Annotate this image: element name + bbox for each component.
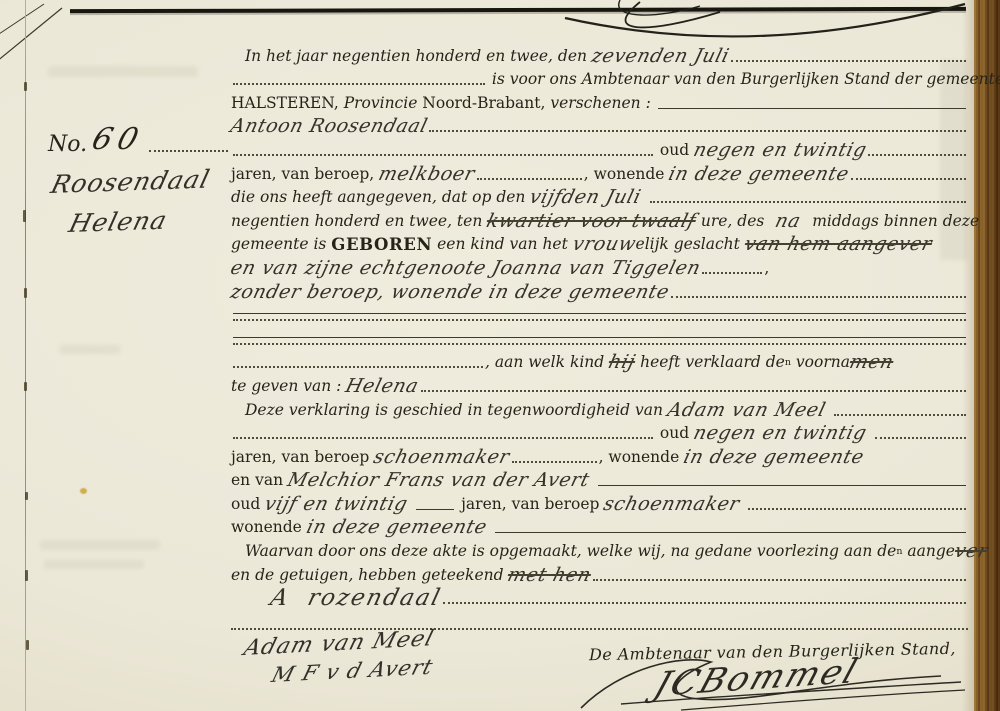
dotted-leader xyxy=(748,508,966,510)
handwritten-text: zevenden Juli xyxy=(589,46,731,66)
handwritten-text: vrouw xyxy=(570,234,638,254)
dotted-leader xyxy=(702,272,762,274)
book-binding-edge xyxy=(974,0,1000,711)
document-line: zonder beroep, wonende in deze gemeente xyxy=(231,278,968,302)
document-line: jaren, van beroep schoenmaker, wonende i… xyxy=(231,443,968,467)
handwritten-text-struck: hij xyxy=(607,352,638,372)
printed-text: verschenen : xyxy=(550,94,655,113)
handwritten-text: schoenmaker xyxy=(372,447,512,467)
handwritten-text: schoenmaker xyxy=(602,494,749,514)
printed-text: Provincie xyxy=(344,94,423,113)
dotted-leader xyxy=(593,579,966,581)
handwritten-text-struck: met hen xyxy=(506,565,594,585)
printed-text: een kind van het xyxy=(432,235,573,254)
stitch-mark xyxy=(26,640,29,650)
double-rule-leader xyxy=(233,337,966,345)
dotted-leader xyxy=(421,390,966,392)
stitch-mark xyxy=(24,288,27,298)
handwritten-text-struck: van hem aangever xyxy=(742,234,934,254)
document-line: oud vijf en twintig jaren, van beroep sc… xyxy=(231,490,968,514)
handwritten-text: Antoon Roosendaal xyxy=(229,116,430,136)
document-line: te geven van : Helena xyxy=(231,372,968,396)
printed-text: oud xyxy=(655,424,694,443)
dotted-leader xyxy=(851,178,966,180)
printed-text: Noord-Brabant, xyxy=(422,94,550,113)
document-line: en de getuigen, hebben geteekend met hen xyxy=(231,561,968,585)
printed-text: jaren, van beroep xyxy=(231,448,374,467)
dotted-leader xyxy=(671,296,966,298)
solid-leader xyxy=(658,108,966,109)
solid-leader xyxy=(598,485,966,486)
printed-text: oud xyxy=(655,141,694,160)
printed-text: , aan welk kind xyxy=(485,353,609,372)
document-line: Deze verklaring is geschied in tegenwoor… xyxy=(231,396,968,420)
printed-text: , wonende xyxy=(599,448,685,467)
document-line: wonende in deze gemeente xyxy=(231,514,968,538)
handwritten-text: vijf en twintig xyxy=(263,494,417,514)
document-line: is voor ons Ambtenaar van den Burgerlijk… xyxy=(231,66,968,90)
birth-certificate-scan: No. 60 Roosendaal Helena In het jaar neg… xyxy=(0,0,1000,711)
handwritten-text-struck: kwartier voor twaalf xyxy=(485,211,699,231)
printed-text: negentien honderd en twee, ten xyxy=(231,212,487,231)
dotted-leader xyxy=(149,150,228,152)
document-line xyxy=(231,325,968,349)
stitch-mark xyxy=(24,382,27,391)
printed-text: jaren, van beroep, xyxy=(231,165,379,184)
document-line: A rozendaal xyxy=(231,585,968,609)
document-line: HALSTEREN, Provincie Noord-Brabant, vers… xyxy=(231,89,968,113)
document-line: Antoon Roosendaal xyxy=(231,113,968,137)
printed-text: en van xyxy=(231,471,288,490)
dotted-leader xyxy=(443,602,966,604)
margin-surname: Roosendaal xyxy=(48,164,237,199)
page-fold-line xyxy=(25,0,26,711)
stitch-mark xyxy=(25,492,28,500)
document-line: gemeente is GEBOREN een kind van het vro… xyxy=(231,231,968,255)
handwritten-text: in deze gemeente xyxy=(682,447,867,467)
handwritten-text: negen en twintig xyxy=(692,140,869,160)
dotted-leader xyxy=(477,178,582,180)
stitch-mark xyxy=(25,570,28,581)
printed-text: voorna xyxy=(791,353,850,372)
witness-signature-2: M F v d Avert xyxy=(269,655,436,687)
printed-text: elijk geslacht xyxy=(636,235,745,254)
printed-text: , xyxy=(764,259,769,278)
handwritten-signature-inline: A rozendaal xyxy=(269,588,444,608)
stitch-mark xyxy=(24,82,27,91)
dotted-leader xyxy=(233,366,483,368)
margin-given-name: Helena xyxy=(66,203,237,238)
printed-text: Waarvan door ons deze akte is opgemaakt,… xyxy=(245,542,896,561)
handwritten-text: in deze gemeente xyxy=(304,517,495,537)
printed-text: aange xyxy=(902,542,955,561)
printed-text: die ons heeft aangegeven, dat op den xyxy=(231,188,530,207)
dotted-leader xyxy=(233,437,653,439)
printed-text-bold: GEBOREN xyxy=(331,235,432,254)
dotted-leader xyxy=(650,201,966,203)
document-line: oud negen en twintig xyxy=(231,420,968,444)
printed-text: middags binnen deze xyxy=(807,212,979,231)
printed-text: en de getuigen, hebben geteekend xyxy=(231,566,508,585)
dotted-leader xyxy=(834,414,966,416)
document-lines: In het jaar negentien honderd en twee, d… xyxy=(231,42,968,608)
handwritten-text: melkboer xyxy=(377,164,478,184)
bleedthrough-mark xyxy=(40,540,160,550)
handwritten-text-struck: men xyxy=(847,352,895,372)
dotted-leader xyxy=(233,154,653,156)
document-line: oud negen en twintig xyxy=(231,136,968,160)
printed-text: te geven van : xyxy=(231,377,346,396)
document-line xyxy=(231,302,968,326)
dotted-leader xyxy=(875,437,966,439)
top-rule xyxy=(70,7,966,13)
stitch-mark xyxy=(23,210,26,222)
printed-text: In het jaar negentien honderd en twee, d… xyxy=(245,47,592,66)
official-block: De Ambtenaar van den Burgerlijken Stand,… xyxy=(589,642,959,705)
handwritten-text: Adam van Meel xyxy=(665,400,834,420)
dotted-leader xyxy=(233,83,485,85)
document-line: , aan welk kind hij heeft verklaard den … xyxy=(231,349,968,373)
solid-leader xyxy=(495,532,966,533)
handwritten-text: in deze gemeente xyxy=(667,164,852,184)
document-line: jaren, van beroep, melkboer, wonende in … xyxy=(231,160,968,184)
document-line: negentien honderd en twee, ten kwartier … xyxy=(231,207,968,231)
margin-annotations: No. 60 Roosendaal Helena xyxy=(48,122,228,238)
bleedthrough-mark xyxy=(60,345,120,354)
handwritten-text: Melchior Frans van der Avert xyxy=(286,470,599,490)
dotted-leader xyxy=(731,60,966,62)
handwritten-text: zonder beroep, wonende in deze gemeente xyxy=(229,282,672,302)
document-footer: Adam van Meel M F v d Avert De Ambtenaar… xyxy=(231,628,968,630)
printed-text: , wonende xyxy=(584,165,670,184)
handwritten-text: na xyxy=(767,211,810,231)
printed-text: ure, des xyxy=(696,212,769,231)
printed-text: is voor ons Ambtenaar van den Burgerlijk… xyxy=(487,70,1000,89)
bleedthrough-mark xyxy=(48,66,198,77)
document-line: Waarvan door ons deze akte is opgemaakt,… xyxy=(231,537,968,561)
printed-text: oud xyxy=(231,495,265,514)
handwritten-text: negen en twintig xyxy=(692,423,876,443)
dotted-leader xyxy=(512,461,597,463)
printed-text: jaren, van beroep xyxy=(456,495,604,514)
dotted-leader xyxy=(429,130,966,132)
printed-text: heeft verklaard de xyxy=(635,353,785,372)
handwritten-text: vijfden Juli xyxy=(528,187,650,207)
handwritten-text-struck: ver xyxy=(952,541,990,561)
solid-leader xyxy=(416,509,454,510)
printed-text: gemeente is xyxy=(231,235,331,254)
printed-text: wonende xyxy=(231,518,307,537)
double-rule-leader xyxy=(233,313,966,321)
record-number: No. 60 xyxy=(48,122,228,157)
document-line: In het jaar negentien honderd en twee, d… xyxy=(231,42,968,66)
dotted-rule xyxy=(231,628,968,630)
record-number-value: 60 xyxy=(88,122,148,157)
dotted-leader xyxy=(868,154,966,156)
bleedthrough-mark xyxy=(44,560,144,569)
document-line: en van Melchior Frans van der Avert xyxy=(231,467,968,491)
handwritten-text: Helena xyxy=(344,376,421,396)
document-line: en van zijne echtgenoote Joanna van Tigg… xyxy=(231,254,968,278)
handwritten-text: en van zijne echtgenoote Joanna van Tigg… xyxy=(229,258,703,278)
document-line: die ons heeft aangegeven, dat op den vij… xyxy=(231,184,968,208)
printed-text: Deze verklaring is geschied in tegenwoor… xyxy=(245,401,668,420)
printed-text: HALSTEREN, xyxy=(231,94,344,113)
record-number-label: No. xyxy=(48,132,87,157)
witness-signatures: Adam van Meel M F v d Avert xyxy=(241,636,427,687)
paper-stain xyxy=(80,488,87,494)
